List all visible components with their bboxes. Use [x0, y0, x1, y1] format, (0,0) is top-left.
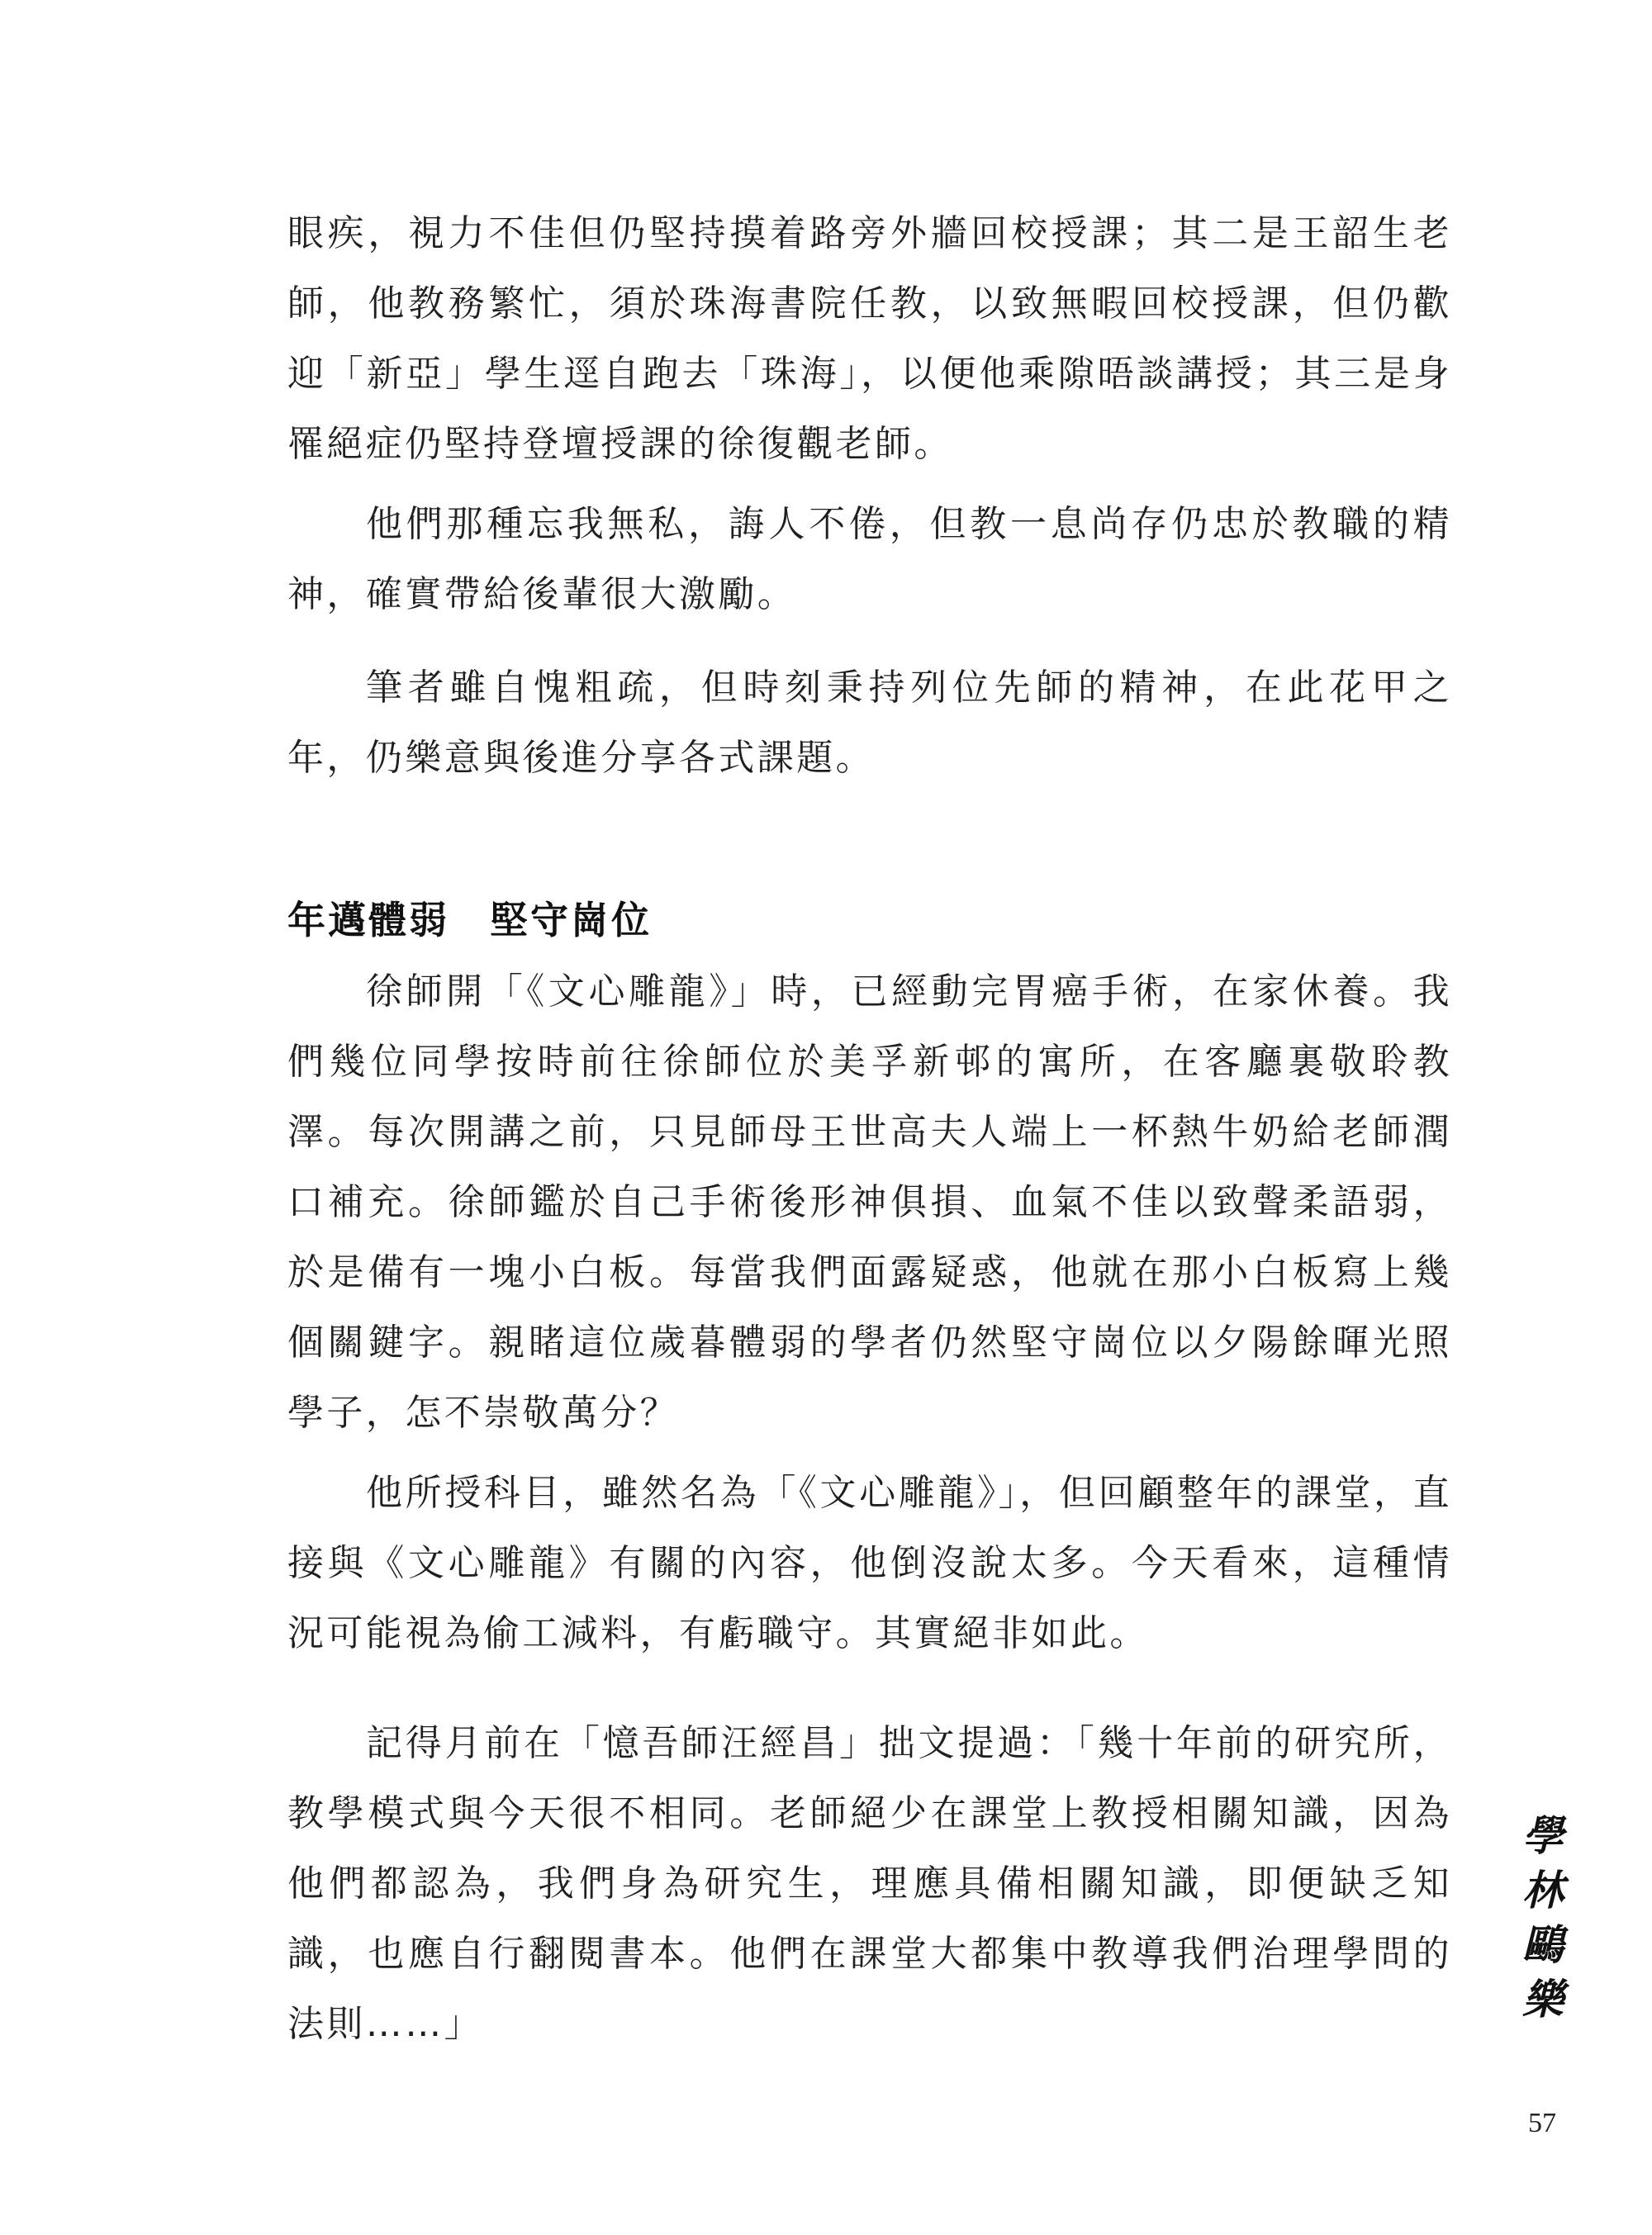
paragraph-block: 筆者雖自愧粗疏，但時刻秉持列位先師的精神，在此花甲之年，仍樂意與後進分享各式課題…: [287, 652, 1452, 793]
calligraphy-char: 學: [1518, 1809, 1568, 1863]
calligraphy-char: 樂: [1518, 1972, 1568, 2027]
paragraph: 徐師開「《文心雕龍》」時，已經動完胃癌手術，在家休養。我們幾位同學按時前往徐師位…: [287, 956, 1452, 1448]
paragraph-block: 他所授科目，雖然名為「《文心雕龍》」，但回顧整年的課堂，直接與《文心雕龍》有關的…: [287, 1458, 1452, 1668]
running-title-calligraphy: 學 林 鷗 樂: [1518, 1809, 1568, 2027]
section-heading: 年邁體弱 堅守崗位: [287, 890, 652, 945]
paragraph: 記得月前在「憶吾師汪經昌」拙文提過：「幾十年前的研究所，教學模式與今天很不相同。…: [287, 1708, 1452, 2059]
book-page: 眼疾，視力不佳但仍堅持摸着路旁外牆回校授課；其二是王韶生老師，他教務繁忙，須於珠…: [0, 0, 1652, 2235]
paragraph-block: 他們那種忘我無私，誨人不倦，但教一息尚存仍忠於教職的精神，確實帶給後輩很大激勵。: [287, 489, 1452, 629]
paragraph-continued: 眼疾，視力不佳但仍堅持摸着路旁外牆回校授課；其二是王韶生老師，他教務繁忙，須於珠…: [287, 198, 1452, 479]
calligraphy-char: 鷗: [1518, 1918, 1568, 1972]
paragraph-block: 記得月前在「憶吾師汪經昌」拙文提過：「幾十年前的研究所，教學模式與今天很不相同。…: [287, 1708, 1452, 2059]
paragraph: 眼疾，視力不佳但仍堅持摸着路旁外牆回校授課；其二是王韶生老師，他教務繁忙，須於珠…: [287, 198, 1452, 479]
paragraph: 筆者雖自愧粗疏，但時刻秉持列位先師的精神，在此花甲之年，仍樂意與後進分享各式課題…: [287, 652, 1452, 793]
paragraph-block: 徐師開「《文心雕龍》」時，已經動完胃癌手術，在家休養。我們幾位同學按時前往徐師位…: [287, 956, 1452, 1448]
page-number: 57: [1528, 2108, 1556, 2139]
paragraph: 他們那種忘我無私，誨人不倦，但教一息尚存仍忠於教職的精神，確實帶給後輩很大激勵。: [287, 489, 1452, 629]
paragraph: 他所授科目，雖然名為「《文心雕龍》」，但回顧整年的課堂，直接與《文心雕龍》有關的…: [287, 1458, 1452, 1668]
calligraphy-char: 林: [1518, 1863, 1568, 1918]
